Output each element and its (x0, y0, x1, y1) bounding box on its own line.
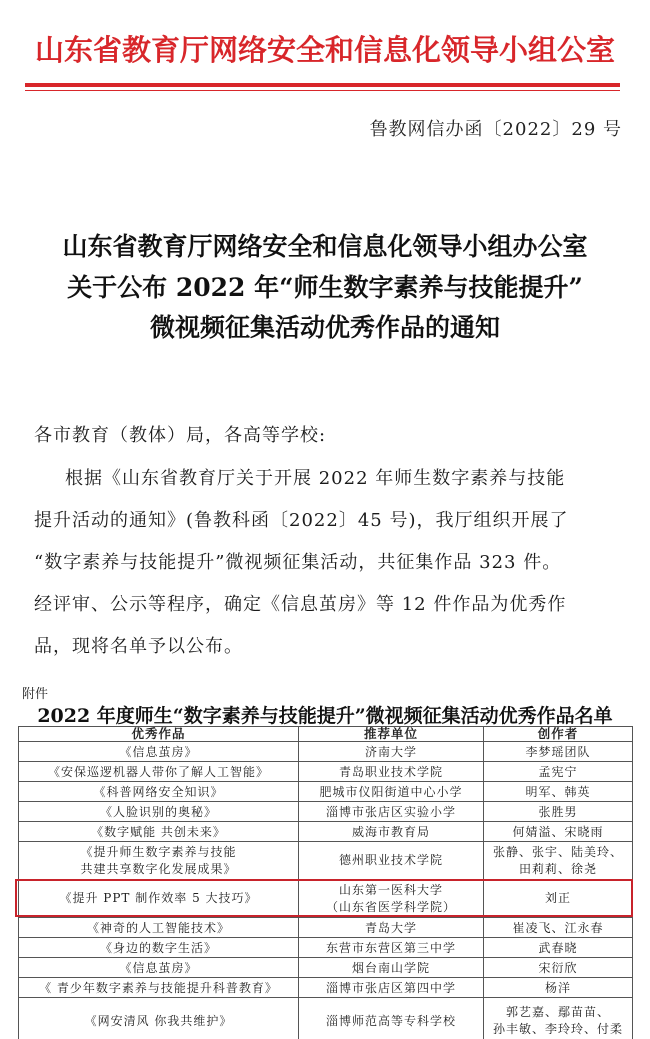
salutation: 各市教育（教体）局，各高等学校: (34, 421, 326, 447)
table-row: 《人脸识别的奥秘》 淄博市张店区实验小学 张胜男 (19, 802, 633, 822)
work-cell: 《人脸识别的奥秘》 (19, 802, 299, 822)
title-line-2: 关于公布 2022 年“师生数字素养与技能提升” (0, 268, 650, 304)
creators-cell: 明军、韩英 (484, 782, 633, 802)
unit-cell: 威海市教育局 (299, 822, 484, 842)
table-row: 《提升师生数字素养与技能 共建共享数字化发展成果》 德州职业技术学院 张静、张宇… (19, 842, 633, 880)
unit-cell: 淄博市张店区第四中学 (299, 978, 484, 998)
work-cell-line-2: 共建共享数字化发展成果》 (19, 861, 298, 878)
table-row: 《信息茧房》 烟台南山学院 宋衍欣 (19, 958, 633, 978)
creators-cell: 何婧溢、宋晓雨 (484, 822, 633, 842)
column-header-unit: 推荐单位 (299, 727, 484, 742)
table-row: 《信息茧房》 济南大学 李梦瑶团队 (19, 742, 633, 762)
creators-cell: 宋衍欣 (484, 958, 633, 978)
creators-cell: 张静、张宇、陆美玲、 田莉莉、徐尧 (484, 842, 633, 880)
body-line-2: 提升活动的通知》(鲁教科函〔2022〕45 号)，我厅组织开展了 (34, 506, 568, 532)
work-cell: 《神奇的人工智能技术》 (19, 918, 299, 938)
creators-cell: 郭艺嘉、鄢苗苗、 孙丰敏、李玲玲、付柔 (484, 998, 633, 1039)
column-header-creators: 创作者 (484, 727, 633, 742)
creators-cell-line-1: 郭艺嘉、鄢苗苗、 (484, 1004, 632, 1021)
work-cell: 《提升 PPT 制作效率 5 大技巧》 (19, 880, 299, 918)
unit-cell-line-2: （山东省医学科学院） (299, 899, 483, 916)
creators-cell: 武春晓 (484, 938, 633, 958)
header-divider-thick (25, 83, 620, 87)
table-row: 《 青少年数字素养与技能提升科普教育》 淄博市张店区第四中学 杨洋 (19, 978, 633, 998)
title-line-3: 微视频征集活动优秀作品的通知 (0, 308, 650, 344)
table-row: 《科普网络安全知识》 肥城市仪阳街道中心小学 明军、韩英 (19, 782, 633, 802)
body-line-4: 经评审、公示等程序，确定《信息茧房》等 12 件作品为优秀作 (34, 590, 566, 616)
title-line-1: 山东省教育厅网络安全和信息化领导小组办公室 (0, 227, 650, 263)
table-row: 《神奇的人工智能技术》 青岛大学 崔凌飞、江永春 (19, 918, 633, 938)
unit-cell-line-1: 山东第一医科大学 (299, 882, 483, 899)
creators-cell: 杨洋 (484, 978, 633, 998)
organization-header: 山东省教育厅网络安全和信息化领导小组公室 (0, 28, 650, 69)
body-line-5: 品，现将名单予以公布。 (34, 632, 243, 658)
table-row: 《网安清风 你我共维护》 淄博师范高等专科学校 郭艺嘉、鄢苗苗、 孙丰敏、李玲玲… (19, 998, 633, 1039)
creators-cell: 李梦瑶团队 (484, 742, 633, 762)
unit-cell: 德州职业技术学院 (299, 842, 484, 880)
header-divider-thin (25, 90, 620, 91)
award-list-title: 2022 年度师生“数字素养与技能提升”微视频征集活动优秀作品名单 (0, 701, 650, 728)
unit-cell: 山东第一医科大学 （山东省医学科学院） (299, 880, 484, 918)
unit-cell: 淄博市张店区实验小学 (299, 802, 484, 822)
work-cell-line-1: 《提升师生数字素养与技能 (19, 844, 298, 861)
creators-cell-line-2: 孙丰敏、李玲玲、付柔 (484, 1021, 632, 1038)
work-cell: 《提升师生数字素养与技能 共建共享数字化发展成果》 (19, 842, 299, 880)
award-table: 优秀作品 推荐单位 创作者 《信息茧房》 济南大学 李梦瑶团队 《安保巡逻机器人… (18, 726, 633, 1039)
table-row: 《安保巡逻机器人带你了解人工智能》 青岛职业技术学院 孟宪宁 (19, 762, 633, 782)
body-line-1: 根据《山东省教育厅关于开展 2022 年师生数字素养与技能 (46, 464, 565, 490)
creators-cell: 崔凌飞、江永春 (484, 918, 633, 938)
attachment-label: 附件 (22, 683, 48, 702)
table-row-highlighted: 《提升 PPT 制作效率 5 大技巧》 山东第一医科大学 （山东省医学科学院） … (19, 880, 633, 918)
unit-cell: 青岛职业技术学院 (299, 762, 484, 782)
unit-cell: 肥城市仪阳街道中心小学 (299, 782, 484, 802)
work-cell: 《信息茧房》 (19, 958, 299, 978)
creators-cell-line-1: 张静、张宇、陆美玲、 (484, 844, 632, 861)
document-number: 鲁教网信办函〔2022〕29 号 (370, 115, 622, 141)
body-line-3: “数字素养与技能提升”微视频征集活动，共征集作品 323 件。 (34, 548, 561, 574)
table-row: 《数字赋能 共创未来》 威海市教育局 何婧溢、宋晓雨 (19, 822, 633, 842)
unit-cell: 济南大学 (299, 742, 484, 762)
work-cell: 《信息茧房》 (19, 742, 299, 762)
column-header-work: 优秀作品 (19, 727, 299, 742)
table-header-row: 优秀作品 推荐单位 创作者 (19, 727, 633, 742)
work-cell: 《安保巡逻机器人带你了解人工智能》 (19, 762, 299, 782)
table-row: 《身边的数字生活》 东营市东营区第三中学 武春晓 (19, 938, 633, 958)
work-cell: 《身边的数字生活》 (19, 938, 299, 958)
creators-cell: 孟宪宁 (484, 762, 633, 782)
creators-cell: 张胜男 (484, 802, 633, 822)
work-cell: 《网安清风 你我共维护》 (19, 998, 299, 1039)
unit-cell: 淄博师范高等专科学校 (299, 998, 484, 1039)
work-cell: 《科普网络安全知识》 (19, 782, 299, 802)
creators-cell: 刘正 (484, 880, 633, 918)
unit-cell: 烟台南山学院 (299, 958, 484, 978)
work-cell: 《 青少年数字素养与技能提升科普教育》 (19, 978, 299, 998)
unit-cell: 青岛大学 (299, 918, 484, 938)
work-cell: 《数字赋能 共创未来》 (19, 822, 299, 842)
creators-cell-line-2: 田莉莉、徐尧 (484, 861, 632, 878)
unit-cell: 东营市东营区第三中学 (299, 938, 484, 958)
